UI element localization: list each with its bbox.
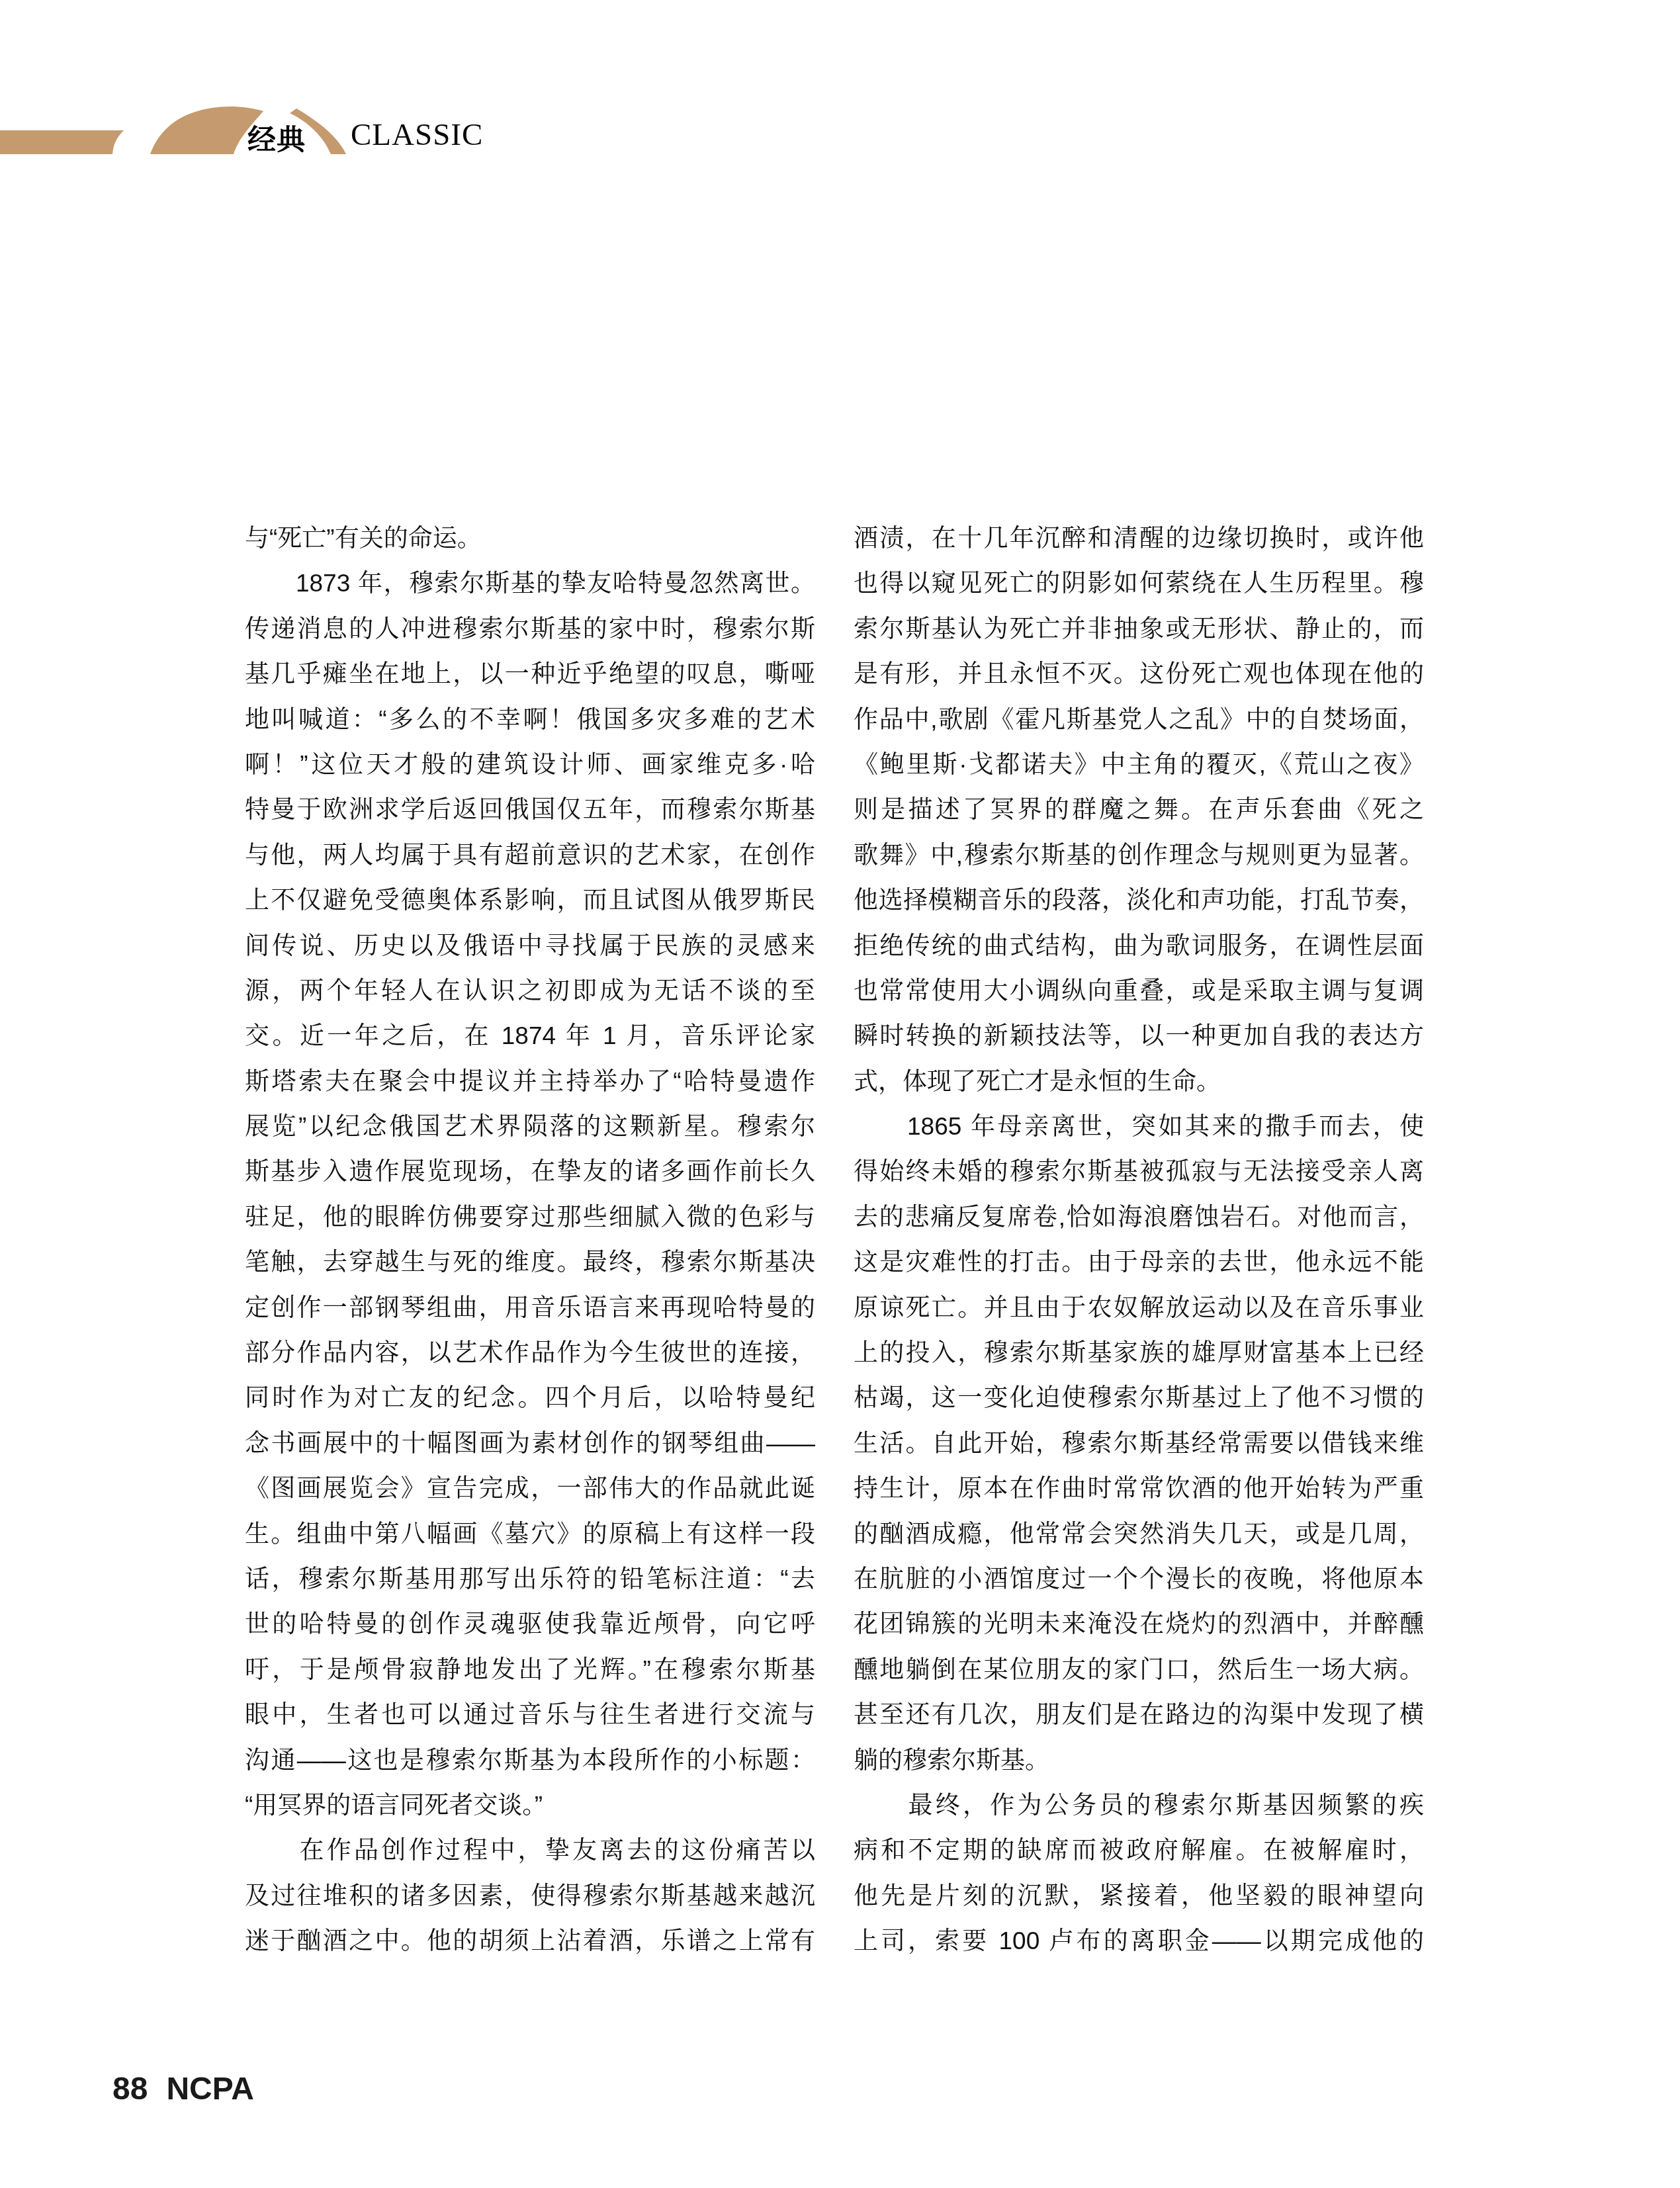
text-line: 上的投入，穆索尔斯基家族的雄厚财富基本上已经 [854, 1331, 1424, 1376]
text-line: 原谅死亡。并且由于农奴解放运动以及在音乐事业 [854, 1286, 1424, 1331]
text-line: 《图画展览会》宣告完成，一部伟大的作品就此诞 [245, 1466, 815, 1511]
text-line: 上不仅避免受德奥体系影响，而且试图从俄罗斯民 [245, 878, 815, 923]
text-line: 他选择模糊音乐的段落，淡化和声功能，打乱节奏， [854, 878, 1424, 923]
text-line: 念书画展中的十幅图画为素材创作的钢琴组曲—— [245, 1421, 815, 1466]
text-line: 他先是片刻的沉默，紧接着，他坚毅的眼神望向 [854, 1874, 1424, 1919]
text-line: 去的悲痛反复席卷,恰如海浪磨蚀岩石。对他而言， [854, 1195, 1424, 1240]
text-line: 的酗酒成瘾，他常常会突然消失几天，或是几周， [854, 1512, 1424, 1557]
text-line: 笔触，去穿越生与死的维度。最终，穆索尔斯基决 [245, 1240, 815, 1285]
text-line: 持生计，原本在作曲时常常饮酒的他开始转为严重 [854, 1466, 1424, 1511]
text-line: 展览”以纪念俄国艺术界陨落的这颗新星。穆索尔 [245, 1104, 815, 1149]
text-line: 瞬时转换的新颖技法等，以一种更加自我的表达方 [854, 1014, 1424, 1059]
text-line: 特曼于欧洲求学后返回俄国仅五年，而穆索尔斯基 [245, 787, 815, 832]
text-line: 最终，作为公务员的穆索尔斯基因频繁的疾 [854, 1783, 1424, 1828]
text-line: 1873 年，穆索尔斯基的挚友哈特曼忽然离世。 [245, 561, 815, 606]
text-line: 斯塔索夫在聚会中提议并主持举办了“哈特曼遗作 [245, 1059, 815, 1104]
text-line: 啊！”这位天才般的建筑设计师、画家维克多·哈 [245, 742, 815, 787]
text-line: 及过往堆积的诸多因素，使得穆索尔斯基越来越沉 [245, 1874, 815, 1919]
text-line: 源，两个年轻人在认识之初即成为无话不谈的至 [245, 969, 815, 1014]
text-line: 病和不定期的缺席而被政府解雇。在被解雇时， [854, 1828, 1424, 1873]
text-line: 作品中,歌剧《霍凡斯基党人之乱》中的自焚场面， [854, 697, 1424, 742]
text-line: 得始终未婚的穆索尔斯基被孤寂与无法接受亲人离 [854, 1149, 1424, 1194]
text-line: 醺地躺倒在某位朋友的家门口，然后生一场大病。 [854, 1647, 1424, 1692]
page-number: 88 [112, 2072, 148, 2107]
logo-title-chinese: 经典 [247, 126, 306, 155]
text-line: 驻足，他的眼眸仿佛要穿过那些细腻入微的色彩与 [245, 1195, 815, 1240]
article-column-left: 与“死亡”有关的命运。 1873 年，穆索尔斯基的挚友哈特曼忽然离世。传递消息的… [245, 516, 815, 1964]
article-column-right: 酒渍，在十几年沉醉和清醒的边缘切换时，或许他也得以窥见死亡的阴影如何萦绕在人生历… [854, 516, 1424, 1964]
text-line: 是有形，并且永恒不灭。这份死亡观也体现在他的 [854, 652, 1424, 697]
text-line: 歌舞》中,穆索尔斯基的创作理念与规则更为显著。 [854, 833, 1424, 878]
text-line: 眼中，生者也可以通过音乐与往生者进行交流与 [245, 1692, 815, 1737]
text-line: 传递消息的人冲进穆索尔斯基的家中时，穆索尔斯 [245, 607, 815, 652]
text-line: 迷于酗酒之中。他的胡须上沾着酒，乐谱之上常有 [245, 1919, 815, 1964]
text-line: 斯基步入遗作展览现场，在挚友的诸多画作前长久 [245, 1149, 815, 1194]
text-line: 交。近一年之后，在 1874 年 1 月，音乐评论家 [245, 1014, 815, 1059]
text-line: 世的哈特曼的创作灵魂驱使我靠近颅骨，向它呼 [245, 1602, 815, 1647]
text-line: 枯竭，这一变化迫使穆索尔斯基过上了他不习惯的 [854, 1376, 1424, 1421]
text-line: 这是灾难性的打击。由于母亲的去世，他永远不能 [854, 1240, 1424, 1285]
text-line: 花团锦簇的光明未来淹没在烧灼的烈酒中，并醉醺 [854, 1602, 1424, 1647]
text-line: 上司，索要 100 卢布的离职金——以期完成他的 [854, 1919, 1424, 1964]
journal-abbrev: NCPA [166, 2072, 253, 2107]
text-line: 酒渍，在十几年沉醉和清醒的边缘切换时，或许他 [854, 516, 1424, 561]
text-line: 生。组曲中第八幅画《墓穴》的原稿上有这样一段 [245, 1512, 815, 1557]
text-line: “用冥界的语言同死者交谈。” [245, 1783, 815, 1828]
logo-dome-shape [150, 107, 263, 154]
text-line: 基几乎瘫坐在地上，以一种近乎绝望的叹息，嘶哑 [245, 652, 815, 697]
text-line: 在作品创作过程中，挚友离去的这份痛苦以 [245, 1828, 815, 1873]
text-line: 甚至还有几次，朋友们是在路边的沟渠中发现了横 [854, 1692, 1424, 1737]
logo-title-english: CLASSIC [351, 120, 483, 151]
text-line: 话，穆索尔斯基用那写出乐符的铅笔标注道：“去 [245, 1557, 815, 1602]
page-footer: 88NCPA [112, 2071, 254, 2107]
text-line: 与“死亡”有关的命运。 [245, 516, 815, 561]
text-line: 《鲍里斯·戈都诺夫》中主角的覆灭,《荒山之夜》 [854, 742, 1424, 787]
text-line: 部分作品内容，以艺术作品作为今生彼世的连接， [245, 1331, 815, 1376]
text-line: 也常常使用大小调纵向重叠，或是采取主调与复调 [854, 969, 1424, 1014]
text-line: 拒绝传统的曲式结构，曲为歌词服务，在调性层面 [854, 924, 1424, 969]
text-line: 躺的穆索尔斯基。 [854, 1738, 1424, 1783]
text-line: 生活。自此开始，穆索尔斯基经常需要以借钱来维 [854, 1421, 1424, 1466]
text-line: 1865 年母亲离世，突如其来的撒手而去，使 [854, 1104, 1424, 1149]
text-line: 定创作一部钢琴组曲，用音乐语言来再现哈特曼的 [245, 1286, 815, 1331]
text-line: 同时作为对亡友的纪念。四个月后，以哈特曼纪 [245, 1376, 815, 1421]
text-line: 索尔斯基认为死亡并非抽象或无形状、静止的，而 [854, 607, 1424, 652]
text-line: 式，体现了死亡才是永恒的生命。 [854, 1059, 1424, 1104]
logo-bar-shape [0, 130, 124, 154]
text-line: 也得以窥见死亡的阴影如何萦绕在人生历程里。穆 [854, 561, 1424, 606]
text-line: 吁，于是颅骨寂静地发出了光辉。”在穆索尔斯基 [245, 1647, 815, 1692]
text-line: 在肮脏的小酒馆度过一个个漫长的夜晚，将他原本 [854, 1557, 1424, 1602]
text-line: 与他，两人均属于具有超前意识的艺术家，在创作 [245, 833, 815, 878]
text-line: 沟通——这也是穆索尔斯基为本段所作的小标题： [245, 1738, 815, 1783]
text-line: 地叫喊道：“多么的不幸啊！俄国多灾多难的艺术 [245, 697, 815, 742]
text-line: 则是描述了冥界的群魔之舞。在声乐套曲《死之 [854, 787, 1424, 832]
text-line: 间传说、历史以及俄语中寻找属于民族的灵感来 [245, 924, 815, 969]
page-header: 经典 CLASSIC [0, 0, 1680, 198]
